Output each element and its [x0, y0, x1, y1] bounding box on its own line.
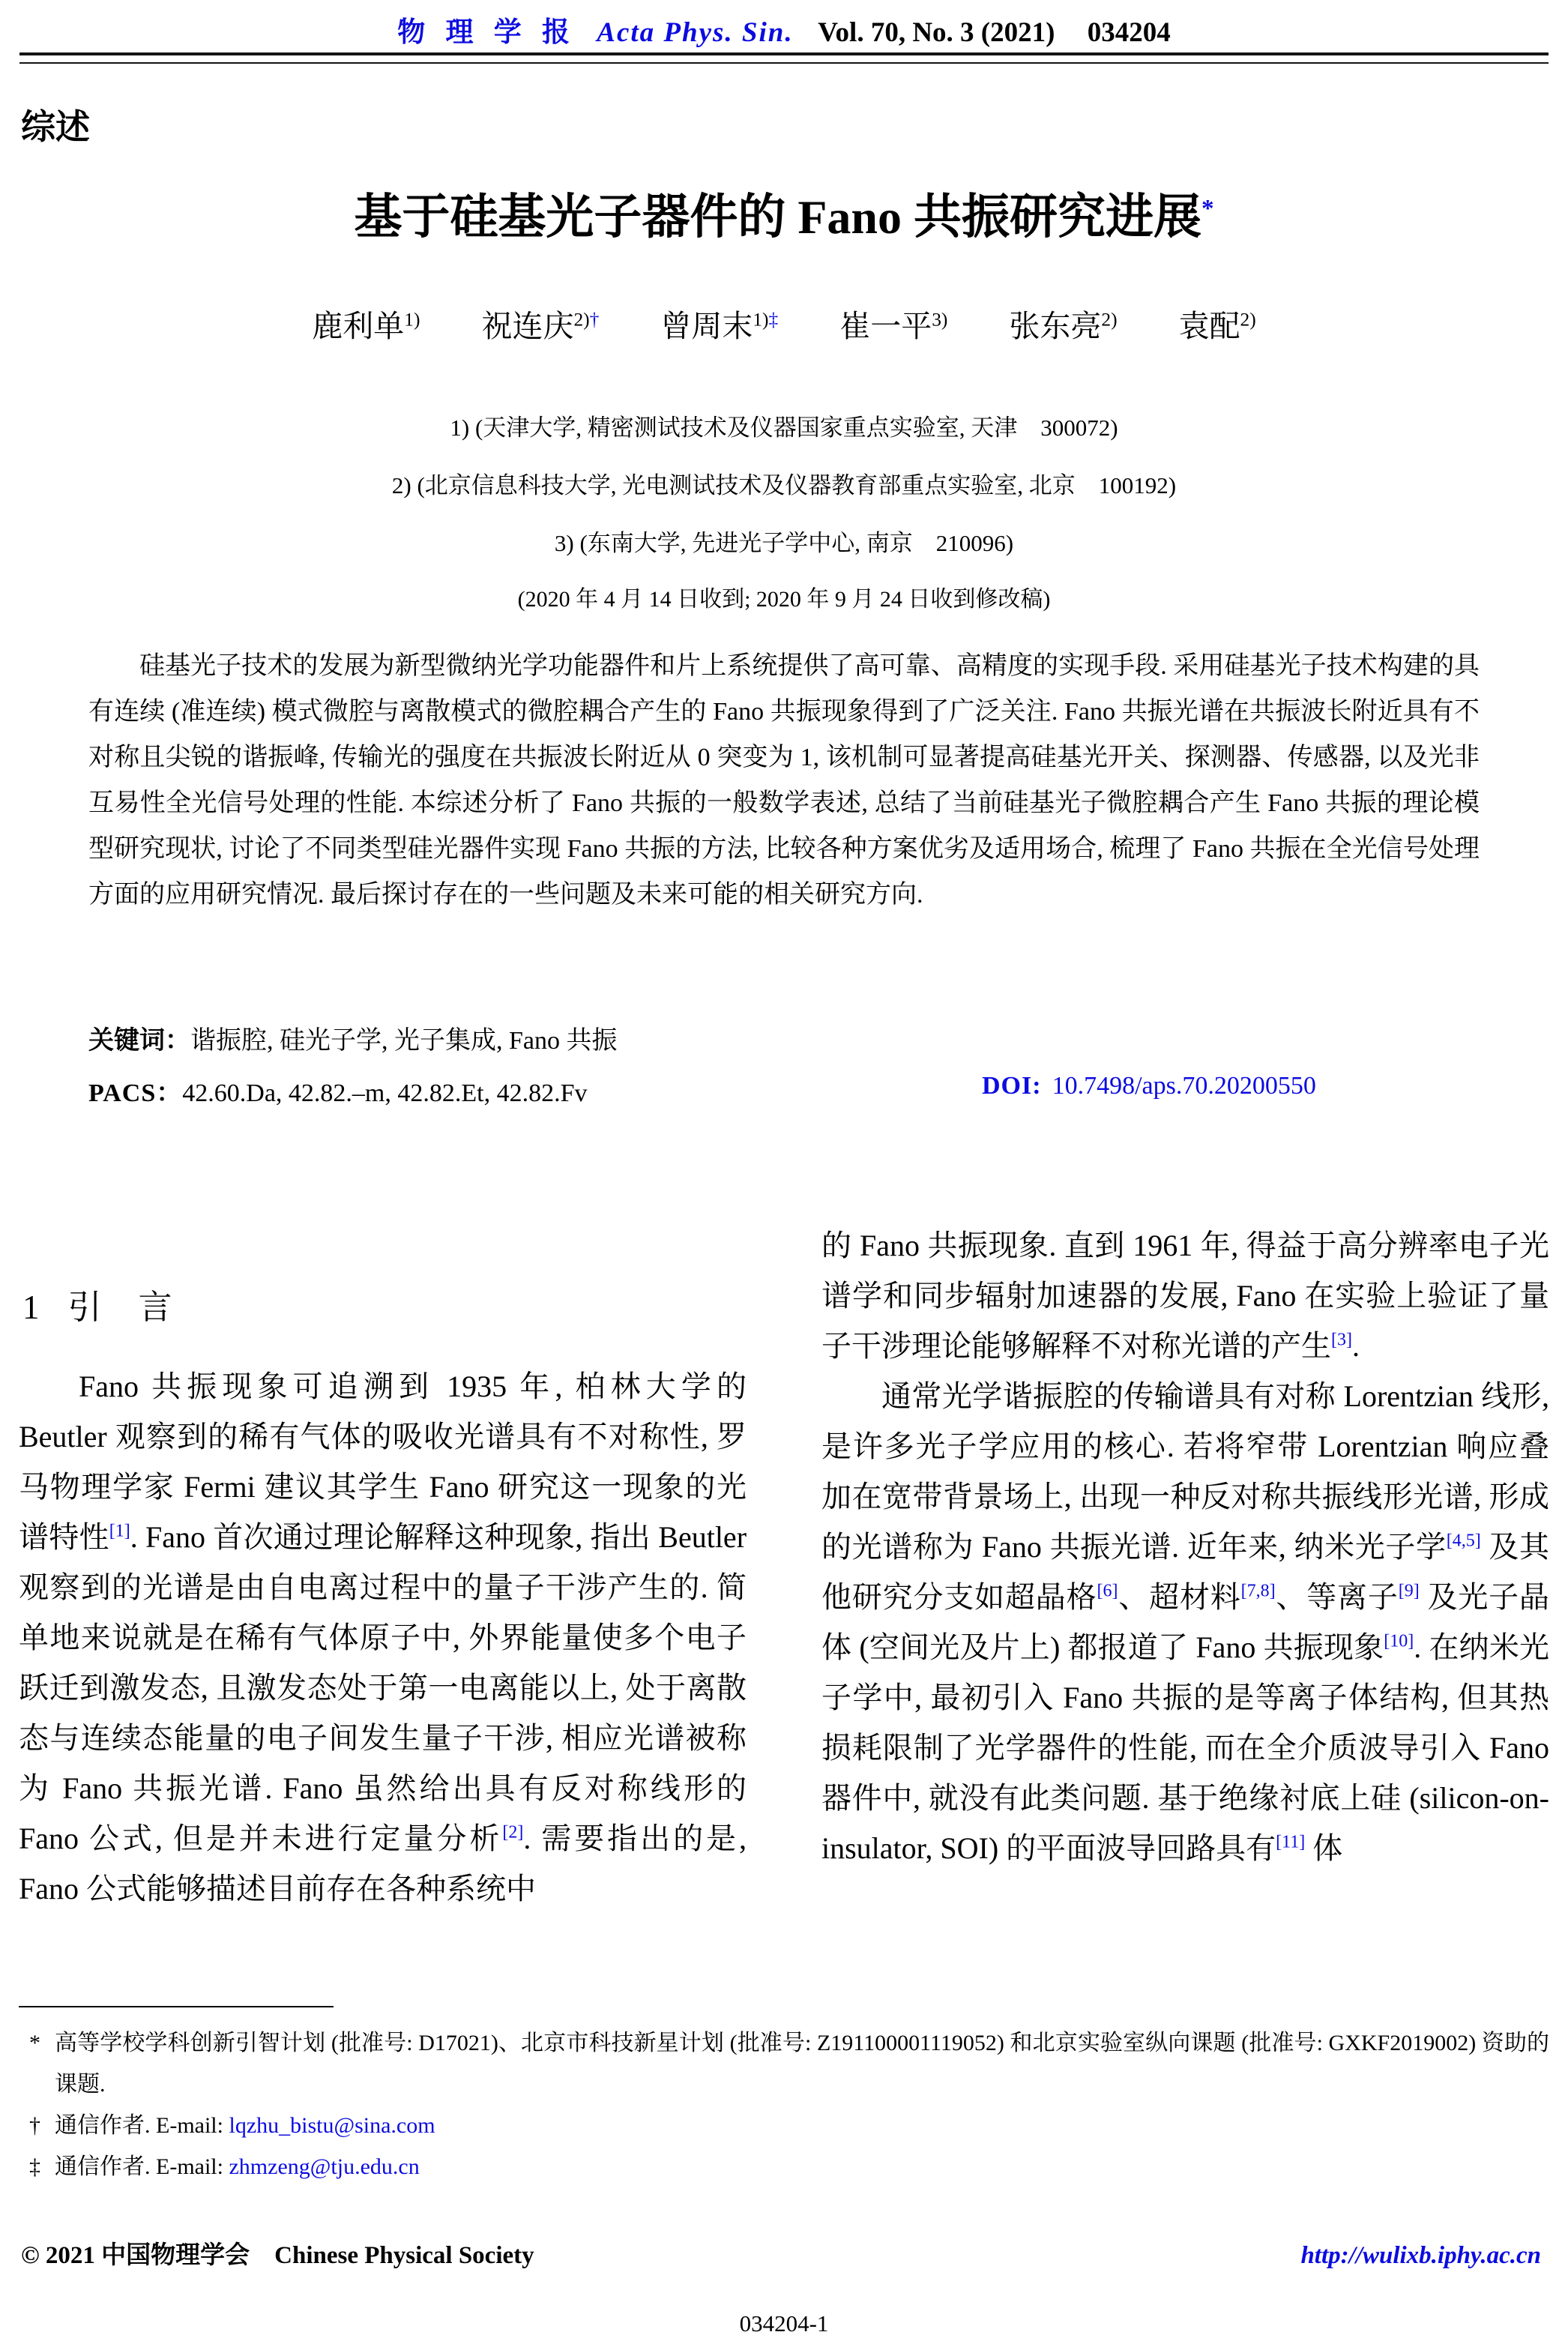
reference-link[interactable]: [6] — [1097, 1582, 1118, 1601]
affiliation-1: 1) (天津大学, 精密测试技术及仪器国家重点实验室, 天津 300072) — [0, 409, 1568, 442]
superscript-label: 2) — [1240, 309, 1256, 330]
abstract-text: 硅基光子技术的发展为新型微纳光学功能器件和片上系统提供了高可靠、高精度的实现手段… — [88, 643, 1480, 918]
reference-link[interactable]: [10] — [1384, 1632, 1414, 1651]
superscript-label: 3) — [932, 309, 947, 330]
received-dates: (2020 年 4 月 14 日收到; 2020 年 9 月 24 日收到修改稿… — [0, 580, 1568, 613]
text-run: 基于硅基光子器件的 Fano 共振研究进展 — [354, 190, 1201, 244]
doi-link[interactable]: 10.7498/aps.70.20200550 — [1052, 1072, 1316, 1100]
text-run: 通信作者. E-mail: — [55, 2113, 229, 2138]
text-run — [599, 309, 660, 343]
reference-link[interactable]: [11] — [1276, 1833, 1305, 1852]
footnote-block: * 高等学校学科创新引智计划 (批准号: D17021)、北京市科技新星计划 (… — [19, 2006, 1549, 2187]
text-run: 袁配 — [1179, 309, 1240, 343]
pacs-value: 42.60.Da, 42.82.–m, 42.82.Et, 42.82.Fv — [182, 1079, 587, 1107]
paper-title: 基于硅基光子器件的 Fano 共振研究进展* — [0, 178, 1568, 247]
reference-link[interactable]: [1] — [109, 1521, 130, 1540]
text-run: 鹿利单 — [312, 309, 404, 343]
text-run: 张东亮 — [1009, 309, 1101, 343]
superscript-label: 2) — [1101, 309, 1117, 330]
text-run: 的 Fano 共振现象. 直到 1961 年, 得益于高分辨率电子光谱学和同步辐… — [821, 1229, 1549, 1363]
email-link[interactable]: lqzhu_bistu@sina.com — [229, 2113, 435, 2138]
text-run — [1118, 309, 1179, 343]
reference-link[interactable]: [3] — [1331, 1331, 1352, 1350]
journal-issue: Vol. 70, No. 3 (2021) — [818, 17, 1055, 48]
reference-link[interactable]: † — [590, 309, 600, 330]
text-run: . 在纳米光子学中, 最初引入 Fano 共振的是等离子体结构, 但其热损耗限制… — [821, 1630, 1549, 1865]
footnote-funding: * 高等学校学科创新引智计划 (批准号: D17021)、北京市科技新星计划 (… — [19, 2022, 1549, 2105]
reference-link[interactable]: [9] — [1399, 1582, 1420, 1601]
footnote-corresponding-author-2: ‡ 通信作者. E-mail: zhmzeng@tju.edu.cn — [19, 2146, 1549, 2187]
right-column: 的 Fano 共振现象. 直到 1961 年, 得益于高分辨率电子光谱学和同步辐… — [821, 1220, 1549, 2004]
keywords-value: 谐振腔, 硅光子学, 光子集成, Fano 共振 — [190, 1027, 618, 1055]
pacs-row: PACS：42.60.Da, 42.82.–m, 42.82.Et, 42.82… — [88, 1072, 1480, 1109]
left-column: 1 引 言 Fano 共振现象可追溯到 1935 年, 柏林大学的 Beutle… — [19, 1220, 747, 2004]
superscript-label: 2) — [573, 309, 589, 330]
keywords-label: 关键词： — [88, 1027, 190, 1055]
superscript-label: 1) — [753, 309, 768, 330]
text-run — [947, 309, 1009, 343]
text-run: 崔一平 — [839, 309, 932, 343]
affiliation-3: 3) (东南大学, 先进光子学中心, 南京 210096) — [0, 524, 1568, 558]
body-paragraph: Fano 共振现象可追溯到 1935 年, 柏林大学的 Beutler 观察到的… — [19, 1361, 747, 1914]
pacs-label: PACS： — [88, 1079, 182, 1107]
article-number: 034204 — [1088, 17, 1171, 48]
footnote-rule — [19, 2006, 334, 2007]
affiliation-2: 2) (北京信息科技大学, 光电测试技术及仪器教育部重点实验室, 北京 1001… — [0, 466, 1568, 500]
page-footer: © 2021 中国物理学会 Chinese Physical Society h… — [21, 2235, 1541, 2271]
footnote-corresponding-author-1: † 通信作者. E-mail: lqzhu_bistu@sina.com — [19, 2105, 1549, 2146]
journal-name-cjk: 物 理 学 报 — [397, 17, 576, 48]
copyright-notice: © 2021 中国物理学会 Chinese Physical Society — [21, 2235, 534, 2271]
doi-label: DOI: — [982, 1072, 1042, 1100]
text-run: . Fano 首次通过理论解释这种现象, 指出 Beutler 观察到的光谱是由… — [19, 1520, 747, 1855]
text-run: 曾周末 — [660, 309, 753, 343]
text-run: 、等离子 — [1276, 1580, 1399, 1614]
journal-url-link[interactable]: http://wulixb.iphy.ac.cn — [1300, 2242, 1541, 2270]
keywords-row: 关键词：谐振腔, 硅光子学, 光子集成, Fano 共振 — [88, 1019, 1480, 1056]
two-column-body: 1 引 言 Fano 共振现象可追溯到 1935 年, 柏林大学的 Beutle… — [19, 1220, 1549, 2004]
journal-name-latin: Acta Phys. Sin. — [597, 17, 793, 48]
reference-link[interactable]: [4,5] — [1447, 1531, 1481, 1551]
reference-link[interactable]: * — [1201, 195, 1214, 223]
section-title: 引 言 — [68, 1289, 174, 1327]
text-run — [420, 309, 481, 343]
doi-row: DOI:10.7498/aps.70.20200550 — [982, 1072, 1316, 1100]
section-1-heading: 1 引 言 — [19, 1289, 747, 1327]
footnote-text: 通信作者. E-mail: zhmzeng@tju.edu.cn — [55, 2146, 1549, 2187]
paper-page: 物 理 学 报 Acta Phys. Sin. Vol. 70, No. 3 (… — [0, 0, 1568, 2344]
body-paragraph: 通常光学谐振腔的传输谱具有对称 Lorentzian 线形, 是许多光子学应用的… — [821, 1371, 1549, 1873]
section-number: 1 — [22, 1289, 40, 1327]
email-link[interactable]: zhmzeng@tju.edu.cn — [229, 2154, 419, 2179]
superscript-label: 1) — [404, 309, 420, 330]
footnote-text: 高等学校学科创新引智计划 (批准号: D17021)、北京市科技新星计划 (批准… — [55, 2022, 1549, 2105]
text-run: 体 — [1305, 1831, 1342, 1865]
text-run: 通信作者. E-mail: — [55, 2154, 229, 2179]
article-type-label: 综述 — [21, 100, 90, 149]
footnote-marker: * — [19, 2022, 55, 2064]
footnote-text: 通信作者. E-mail: lqzhu_bistu@sina.com — [55, 2105, 1549, 2146]
text-run: 祝连庆 — [481, 309, 573, 343]
footnote-marker: ‡ — [19, 2146, 55, 2187]
text-run: 、超材料 — [1118, 1580, 1240, 1614]
body-paragraph: 的 Fano 共振现象. 直到 1961 年, 得益于高分辨率电子光谱学和同步辐… — [821, 1220, 1549, 1371]
footnote-marker: † — [19, 2105, 55, 2146]
reference-link[interactable]: [7,8] — [1241, 1582, 1276, 1601]
author-list: 鹿利单1) 祝连庆2)† 曾周末1)‡ 崔一平3) 张东亮2) 袁配2) — [0, 301, 1568, 346]
text-run — [778, 309, 839, 343]
text-run: 高等学校学科创新引智计划 (批准号: D17021)、北京市科技新星计划 (批准… — [55, 2031, 1549, 2097]
text-run: . — [1352, 1329, 1360, 1363]
text-run: 通常光学谐振腔的传输谱具有对称 Lorentzian 线形, 是许多光子学应用的… — [821, 1379, 1549, 1564]
journal-header: 物 理 学 报 Acta Phys. Sin. Vol. 70, No. 3 (… — [0, 9, 1568, 49]
reference-link[interactable]: [2] — [502, 1822, 523, 1842]
header-double-rule — [19, 52, 1549, 64]
page-number: 034204-1 — [0, 2310, 1568, 2337]
reference-link[interactable]: ‡ — [769, 309, 779, 330]
